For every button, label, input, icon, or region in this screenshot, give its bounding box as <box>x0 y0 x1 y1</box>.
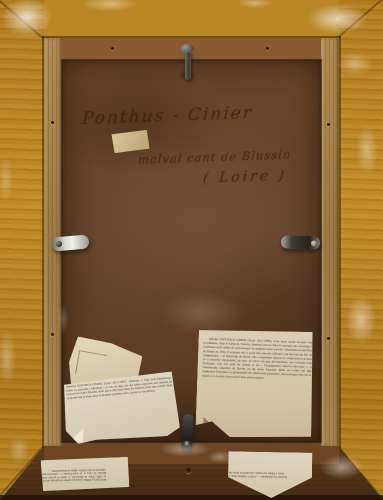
pencil-marks <box>75 350 107 378</box>
hanger-pin <box>185 50 191 80</box>
nail-head <box>327 123 330 126</box>
nail-head <box>327 337 330 340</box>
clip-right-screw <box>311 240 317 246</box>
photo-back-of-framed-painting: Ponthus - Cinier malval cant de Blussin … <box>0 0 383 500</box>
nail-head <box>186 468 191 473</box>
rebate-edge-right <box>339 36 341 448</box>
plaster-smudge <box>340 285 382 355</box>
clipping-right-text: Antoine PONTHUS-CINIER (Lyon 1812-1885),… <box>202 337 312 382</box>
nail-head <box>51 333 54 336</box>
label-bottom-left: PONTHUS-CINIER (Antoine), peintre de pay… <box>41 457 130 491</box>
stretcher-right-strip <box>321 38 339 446</box>
nail-head <box>51 121 54 124</box>
clip-left-screw <box>56 241 63 248</box>
retaining-clip-right <box>281 235 320 249</box>
nail-head <box>266 47 269 50</box>
nail-head <box>111 47 114 50</box>
hanger-pin-head <box>180 44 194 53</box>
inscription-department: ( Loire ) <box>202 168 287 187</box>
plaster-smudge <box>330 48 380 80</box>
plaster-smudge <box>4 430 34 470</box>
frame-bottom-edge-shadow <box>0 495 383 500</box>
plaster-smudge <box>202 448 238 466</box>
plaster-smudge <box>352 115 382 185</box>
plaster-smudge <box>312 450 372 484</box>
frame-left-rail <box>0 0 44 500</box>
plaster-smudge <box>55 298 71 340</box>
